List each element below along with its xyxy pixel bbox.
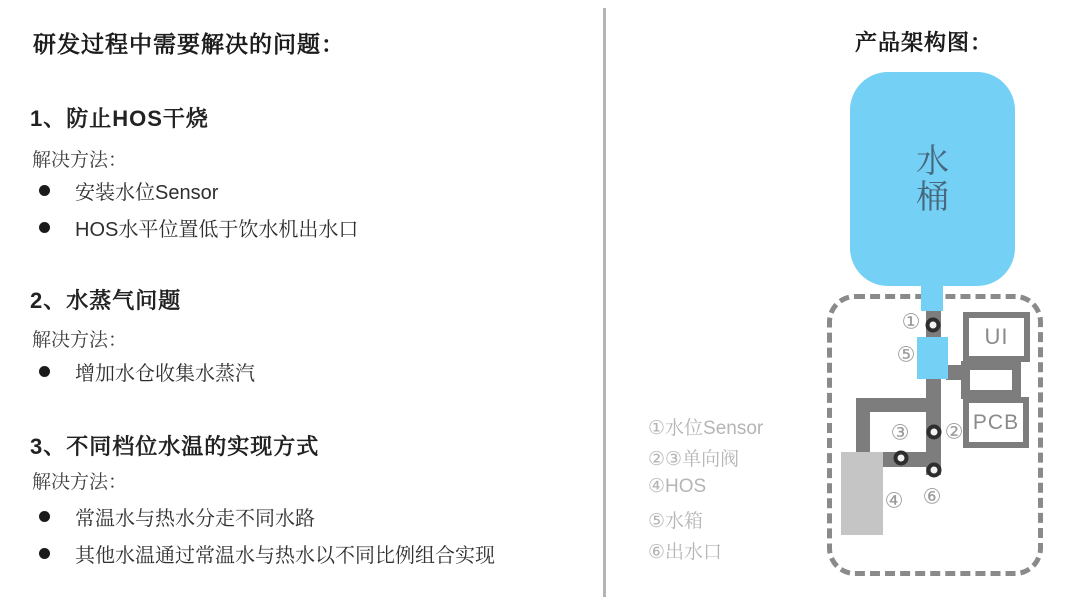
pcb-module-label: PCB — [973, 411, 1019, 435]
water-tank — [917, 337, 948, 379]
bucket-outlet-stem — [921, 284, 943, 311]
hot-path-left-pipe — [856, 398, 870, 454]
bullet-icon — [39, 548, 50, 559]
bullet-icon — [39, 185, 50, 196]
marker-4-hos: ④ — [885, 489, 904, 514]
water-outlet-dot — [927, 463, 942, 478]
hos-heater-block — [841, 452, 883, 535]
bullet-icon — [39, 511, 50, 522]
slide: 研发过程中需要解决的问题： 1、防止HOS干烧 解决方法： 安装水位Sensor… — [0, 0, 1080, 607]
section-3-method-label: 解决方法： — [32, 467, 127, 494]
marker-2-check-valve: ② — [945, 420, 964, 445]
bullet-text: 常温水与热水分走不同水路 — [75, 502, 315, 531]
bullet-text: HOS水平位置低于饮水机出水口 — [75, 213, 358, 242]
marker-6-water-outlet: ⑥ — [923, 485, 942, 510]
ui-module: UI — [963, 312, 1030, 362]
bullet-text: 安装水位Sensor — [75, 176, 218, 205]
section-3-heading: 3、不同档位水温的实现方式 — [30, 430, 319, 461]
bullet-text: 增加水仓收集水蒸汽 — [75, 357, 255, 386]
connector-module — [961, 361, 1021, 399]
water-bucket-label: 水桶 — [914, 143, 952, 216]
legend-water-level-sensor: ①水位Sensor — [648, 413, 763, 440]
list-item: 增加水仓收集水蒸汽 — [39, 357, 255, 386]
legend-check-valves: ②③单向阀 — [648, 444, 739, 471]
legend-water-outlet: ⑥出水口 — [648, 537, 722, 564]
diagram-title: 产品架构图： — [855, 26, 993, 57]
list-item: 安装水位Sensor — [39, 176, 218, 205]
check-valve-2-dot — [927, 425, 942, 440]
section-2-heading: 2、水蒸气问题 — [30, 284, 181, 315]
legend-hos: ④HOS — [648, 475, 706, 498]
bullet-icon — [39, 366, 50, 377]
bullet-icon — [39, 222, 50, 233]
check-valve-3-dot — [894, 451, 909, 466]
list-item: 其他水温通过常温水与热水以不同比例组合实现 — [39, 539, 495, 568]
list-item: 常温水与热水分走不同水路 — [39, 502, 315, 531]
water-bucket: 水桶 — [850, 72, 1015, 286]
marker-5-water-tank: ⑤ — [897, 343, 916, 368]
pcb-module: PCB — [963, 397, 1029, 448]
vertical-divider — [603, 8, 606, 597]
legend-water-tank: ⑤水箱 — [648, 506, 703, 533]
section-1-heading: 1、防止HOS干烧 — [30, 102, 209, 133]
section-1-method-label: 解决方法： — [32, 145, 127, 172]
bullet-text: 其他水温通过常温水与热水以不同比例组合实现 — [75, 539, 495, 568]
water-level-sensor-dot — [926, 318, 941, 333]
ui-module-label: UI — [985, 324, 1009, 350]
marker-3-check-valve: ③ — [891, 421, 910, 446]
page-title: 研发过程中需要解决的问题： — [33, 26, 345, 59]
section-2-method-label: 解决方法： — [32, 325, 127, 352]
list-item: HOS水平位置低于饮水机出水口 — [39, 213, 358, 242]
marker-1-water-level-sensor: ① — [902, 310, 921, 335]
